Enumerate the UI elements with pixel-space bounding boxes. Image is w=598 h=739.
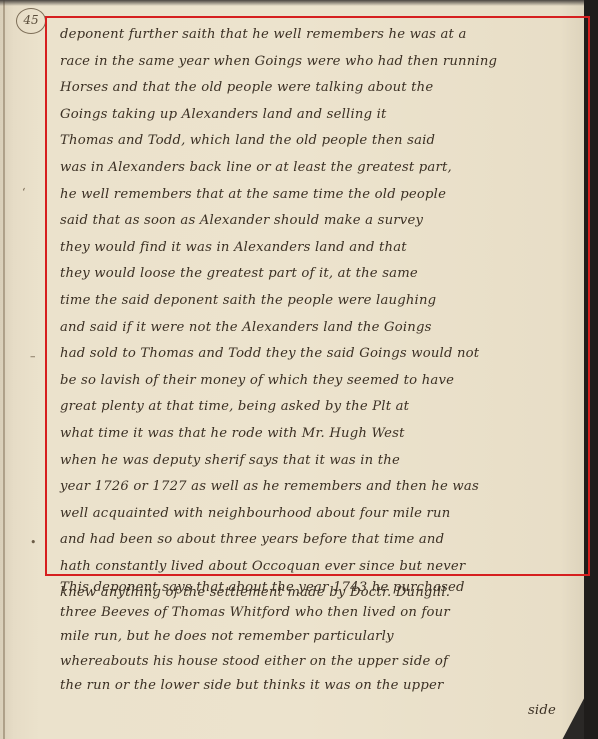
text-line: year 1726 or 1727 as well as he remember… bbox=[60, 474, 580, 501]
text-line: they would loose the greatest part of it… bbox=[60, 261, 580, 288]
text-line: mile run, but he does not remember parti… bbox=[60, 625, 580, 650]
text-line: whereabouts his house stood either on th… bbox=[60, 650, 580, 675]
manuscript-page: 45 ‘ – • deponent further saith that he … bbox=[0, 0, 586, 739]
margin-dash-mark: – bbox=[30, 350, 36, 363]
text-line: had sold to Thomas and Todd they the sai… bbox=[60, 341, 580, 368]
text-line: and had been so about three years before… bbox=[60, 527, 580, 554]
margin-tick-mark: ‘ bbox=[22, 186, 26, 199]
folio-number: 45 bbox=[16, 8, 46, 34]
page-top-shadow bbox=[0, 0, 598, 6]
text-line: time the said deponent saith the people … bbox=[60, 288, 580, 315]
highlighted-text-lines: deponent further saith that he well reme… bbox=[60, 22, 580, 607]
text-line: the run or the lower side but thinks it … bbox=[60, 674, 580, 699]
text-line: great plenty at that time, being asked b… bbox=[60, 394, 580, 421]
text-line: three Beeves of Thomas Whitford who then… bbox=[60, 601, 580, 626]
text-line: what time it was that he rode with Mr. H… bbox=[60, 421, 580, 448]
text-line: race in the same year when Goings were w… bbox=[60, 49, 580, 76]
margin-dot-mark: • bbox=[30, 536, 37, 549]
text-line: they would find it was in Alexanders lan… bbox=[60, 235, 580, 262]
following-text-lines: This deponent says that about the year 1… bbox=[60, 576, 580, 723]
text-line: Thomas and Todd, which land the old peop… bbox=[60, 128, 580, 155]
text-line: when he was deputy sherif says that it w… bbox=[60, 448, 580, 475]
text-line: was in Alexanders back line or at least … bbox=[60, 155, 580, 182]
text-line: and said if it were not the Alexanders l… bbox=[60, 315, 580, 342]
text-line: well acquainted with neighbourhood about… bbox=[60, 501, 580, 528]
text-line: he well remembers that at the same time … bbox=[60, 182, 580, 209]
text-line: Goings taking up Alexanders land and sel… bbox=[60, 102, 580, 129]
book-edge-shadow bbox=[584, 0, 598, 739]
text-line: This deponent says that about the year 1… bbox=[60, 576, 580, 601]
text-line: deponent further saith that he well reme… bbox=[60, 22, 580, 49]
text-line: Horses and that the old people were talk… bbox=[60, 75, 580, 102]
text-line: said that as soon as Alexander should ma… bbox=[60, 208, 580, 235]
text-line: be so lavish of their money of which the… bbox=[60, 368, 580, 395]
catchword-line: side bbox=[60, 699, 580, 724]
